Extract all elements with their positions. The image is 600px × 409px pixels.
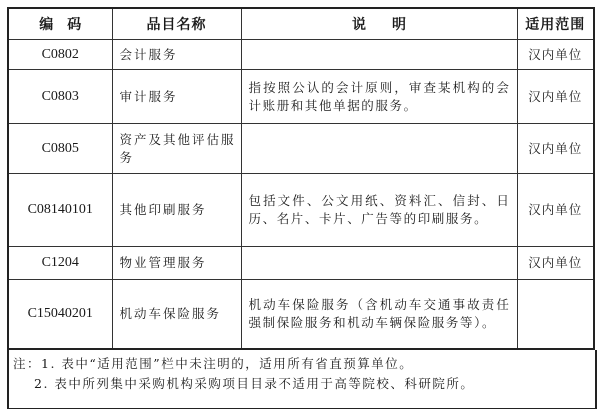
cell-scope — [517, 280, 594, 349]
note-line-1: 注：1. 表中“适用范围”栏中未注明的，适用所有省直预算单位。 — [13, 354, 595, 374]
cell-code: C0802 — [8, 40, 112, 70]
cell-name: 机动车保险服务 — [112, 280, 241, 349]
cell-code: C08140101 — [8, 174, 112, 247]
cell-name: 其他印刷服务 — [112, 174, 241, 247]
cell-description: 包括文件、公文用纸、资料汇、信封、日历、名片、卡片、广告等的印刷服务。 — [241, 174, 517, 247]
table-row: C0805 资产及其他评估服务 汉内单位 — [8, 124, 594, 174]
table-row: C1204 物业管理服务 汉内单位 — [8, 247, 594, 280]
cell-scope: 汉内单位 — [517, 174, 594, 247]
table-row: C15040201 机动车保险服务 机动车保险服务（含机动车交通事故责任强制保险… — [8, 280, 594, 349]
cell-description — [241, 247, 517, 280]
note-line-2: 2. 表中所列集中采购机构采购项目目录不适用于高等院校、科研院所。 — [13, 374, 595, 394]
procurement-catalog: 编码 品目名称 说明 适用范围 C0802 会计服务 汉内单位 C0803 审计… — [7, 7, 593, 409]
catalog-table: 编码 品目名称 说明 适用范围 C0802 会计服务 汉内单位 C0803 审计… — [7, 7, 595, 350]
cell-name: 物业管理服务 — [112, 247, 241, 280]
table-row: C0803 审计服务 指按照公认的会计原则，审查某机构的会计账册和其他单据的服务… — [8, 70, 594, 124]
cell-code: C15040201 — [8, 280, 112, 349]
header-code: 编码 — [8, 8, 112, 40]
header-description: 说明 — [241, 8, 517, 40]
cell-scope: 汉内单位 — [517, 247, 594, 280]
cell-code: C0803 — [8, 70, 112, 124]
cell-scope: 汉内单位 — [517, 124, 594, 174]
cell-scope: 汉内单位 — [517, 40, 594, 70]
table-row: C0802 会计服务 汉内单位 — [8, 40, 594, 70]
cell-description: 机动车保险服务（含机动车交通事故责任强制保险服务和机动车辆保险服务等）。 — [241, 280, 517, 349]
cell-name: 会计服务 — [112, 40, 241, 70]
header-item-name: 品目名称 — [112, 8, 241, 40]
table-row: C08140101 其他印刷服务 包括文件、公文用纸、资料汇、信封、日历、名片、… — [8, 174, 594, 247]
cell-scope: 汉内单位 — [517, 70, 594, 124]
header-scope: 适用范围 — [517, 8, 594, 40]
cell-description: 指按照公认的会计原则，审查某机构的会计账册和其他单据的服务。 — [241, 70, 517, 124]
note-item-1: 1. 表中“适用范围”栏中未注明的，适用所有省直预算单位。 — [41, 356, 413, 371]
cell-code: C0805 — [8, 124, 112, 174]
note-item-2: 2. 表中所列集中采购机构采购项目目录不适用于高等院校、科研院所。 — [34, 376, 474, 391]
table-notes: 注：1. 表中“适用范围”栏中未注明的，适用所有省直预算单位。 2. 表中所列集… — [7, 350, 597, 409]
cell-description — [241, 124, 517, 174]
header-row: 编码 品目名称 说明 适用范围 — [8, 8, 594, 40]
cell-name: 资产及其他评估服务 — [112, 124, 241, 174]
cell-name: 审计服务 — [112, 70, 241, 124]
note-prefix: 注： — [13, 356, 41, 371]
cell-code: C1204 — [8, 247, 112, 280]
cell-description — [241, 40, 517, 70]
